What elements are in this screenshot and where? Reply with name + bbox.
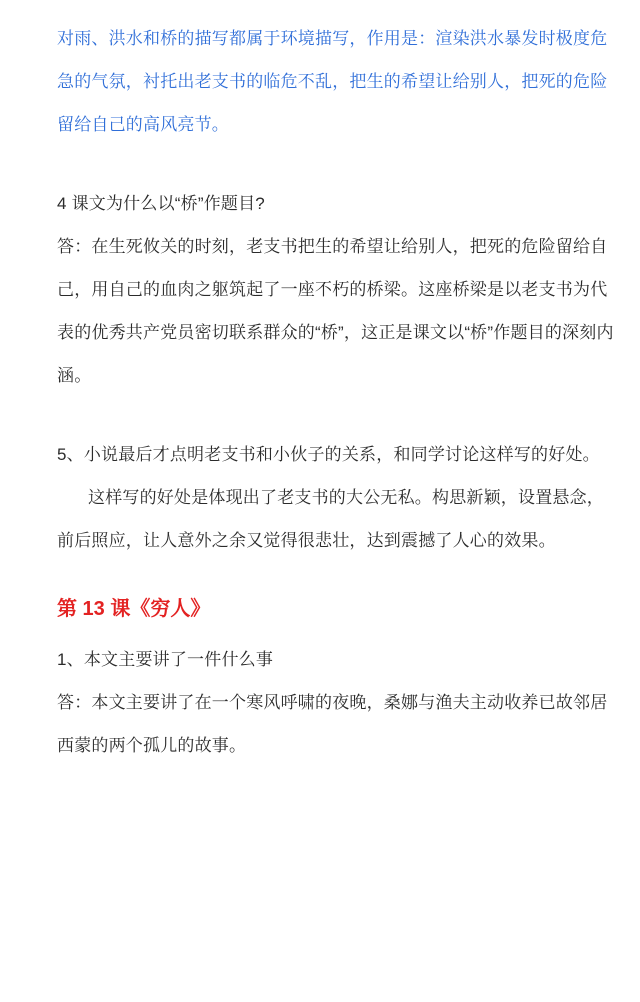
lesson-13-heading: 第 13 课《穷人》 xyxy=(57,588,615,631)
question-5-text: 5、小说最后才点明老支书和小伙子的关系，和同学讨论这样写的好处。 xyxy=(57,433,615,476)
question-4-text: 4 课文为什么以“桥”作题目? xyxy=(57,182,615,225)
question-1-text: 1、本文主要讲了一件什么事 xyxy=(57,638,615,681)
document-page: 对雨、洪水和桥的描写都属于环境描写，作用是：渲染洪水暴发时极度危急的气氛，衬托出… xyxy=(0,0,640,1002)
answer-4-text: 答：在生死攸关的时刻，老支书把生的希望让给别人，把死的危险留给自己，用自己的血肉… xyxy=(57,225,615,397)
question-4-block: 4 课文为什么以“桥”作题目? 答：在生死攸关的时刻，老支书把生的希望让给别人，… xyxy=(57,182,630,397)
environment-description-answer: 对雨、洪水和桥的描写都属于环境描写，作用是：渲染洪水暴发时极度危急的气氛，衬托出… xyxy=(57,17,615,146)
question-1-block: 1、本文主要讲了一件什么事 答：本文主要讲了在一个寒风呼啸的夜晚，桑娜与渔夫主动… xyxy=(57,638,630,767)
question-5-block: 5、小说最后才点明老支书和小伙子的关系，和同学讨论这样写的好处。 这样写的好处是… xyxy=(57,433,630,562)
answer-1-text: 答：本文主要讲了在一个寒风呼啸的夜晚，桑娜与渔夫主动收养已故邻居西蒙的两个孤儿的… xyxy=(57,681,615,767)
answer-5-text: 这样写的好处是体现出了老支书的大公无私。构思新颖，设置悬念，前后照应，让人意外之… xyxy=(57,476,615,562)
